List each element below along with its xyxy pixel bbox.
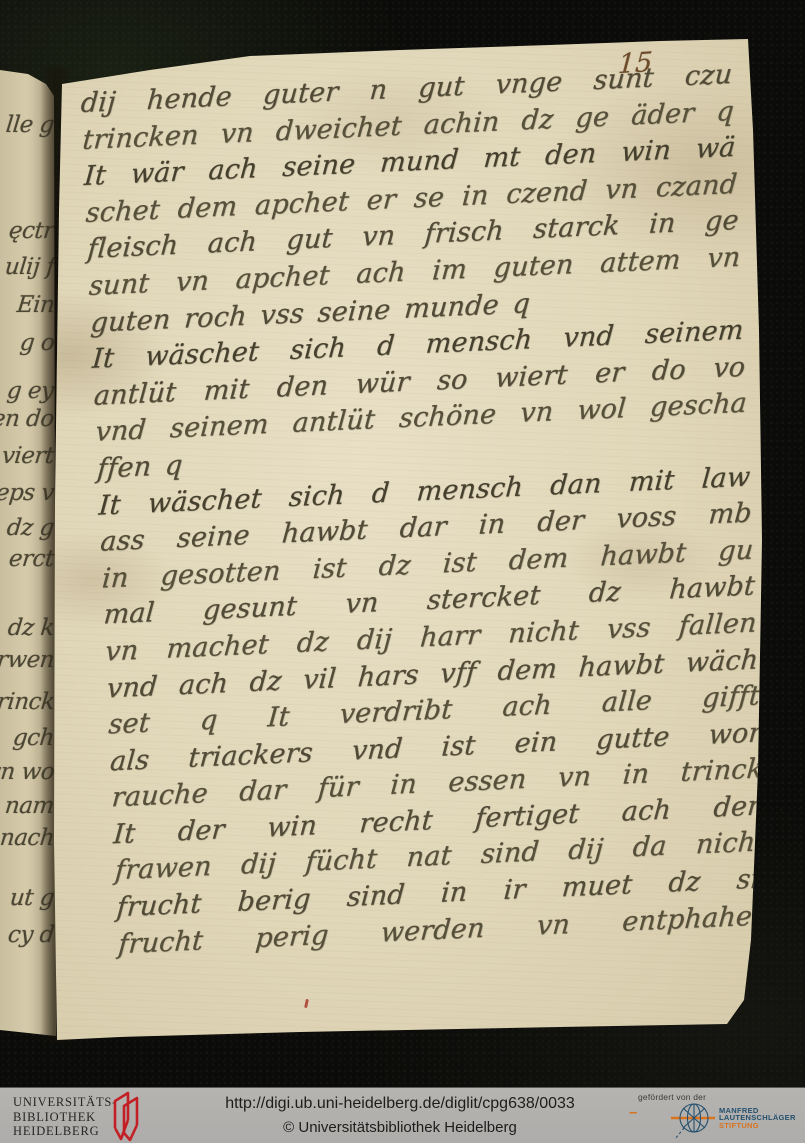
- foundation-name-line3: STIFTUNG: [719, 1122, 796, 1129]
- orange-dash: –: [629, 1104, 637, 1121]
- digitized-manuscript-view: lle g ęctr ulij f Ein g o g ey en do vie…: [0, 0, 805, 1143]
- footer-center-text: http://digi.ub.uni-heidelberg.de/diglit/…: [150, 1094, 650, 1138]
- digitization-url: http://digi.ub.uni-heidelberg.de/diglit/…: [150, 1094, 650, 1114]
- heidelberg-library-book-icon: [106, 1090, 148, 1143]
- footer-bar: UNIVERSITÄTS- BIBLIOTHEK HEIDELBERG http…: [0, 1087, 805, 1143]
- library-name-line3: HEIDELBERG: [13, 1124, 117, 1139]
- copyright-line: © Universitätsbibliothek Heidelberg: [150, 1118, 650, 1138]
- lautenschlaeger-globe-icon: [671, 1101, 717, 1143]
- library-name-line1: UNIVERSITÄTS-: [13, 1095, 117, 1110]
- library-name: UNIVERSITÄTS- BIBLIOTHEK HEIDELBERG: [13, 1095, 117, 1139]
- library-name-line2: BIBLIOTHEK: [13, 1110, 117, 1125]
- foundation-name: MANFRED LAUTENSCHLÄGER STIFTUNG: [719, 1107, 796, 1129]
- red-ink-mark: [304, 999, 309, 1008]
- manuscript-text-block: dij hende guter n gut vnge sunt czu trin…: [80, 57, 770, 963]
- manuscript-page: 15 dij hende guter n gut vnge sunt czu t…: [0, 0, 805, 1143]
